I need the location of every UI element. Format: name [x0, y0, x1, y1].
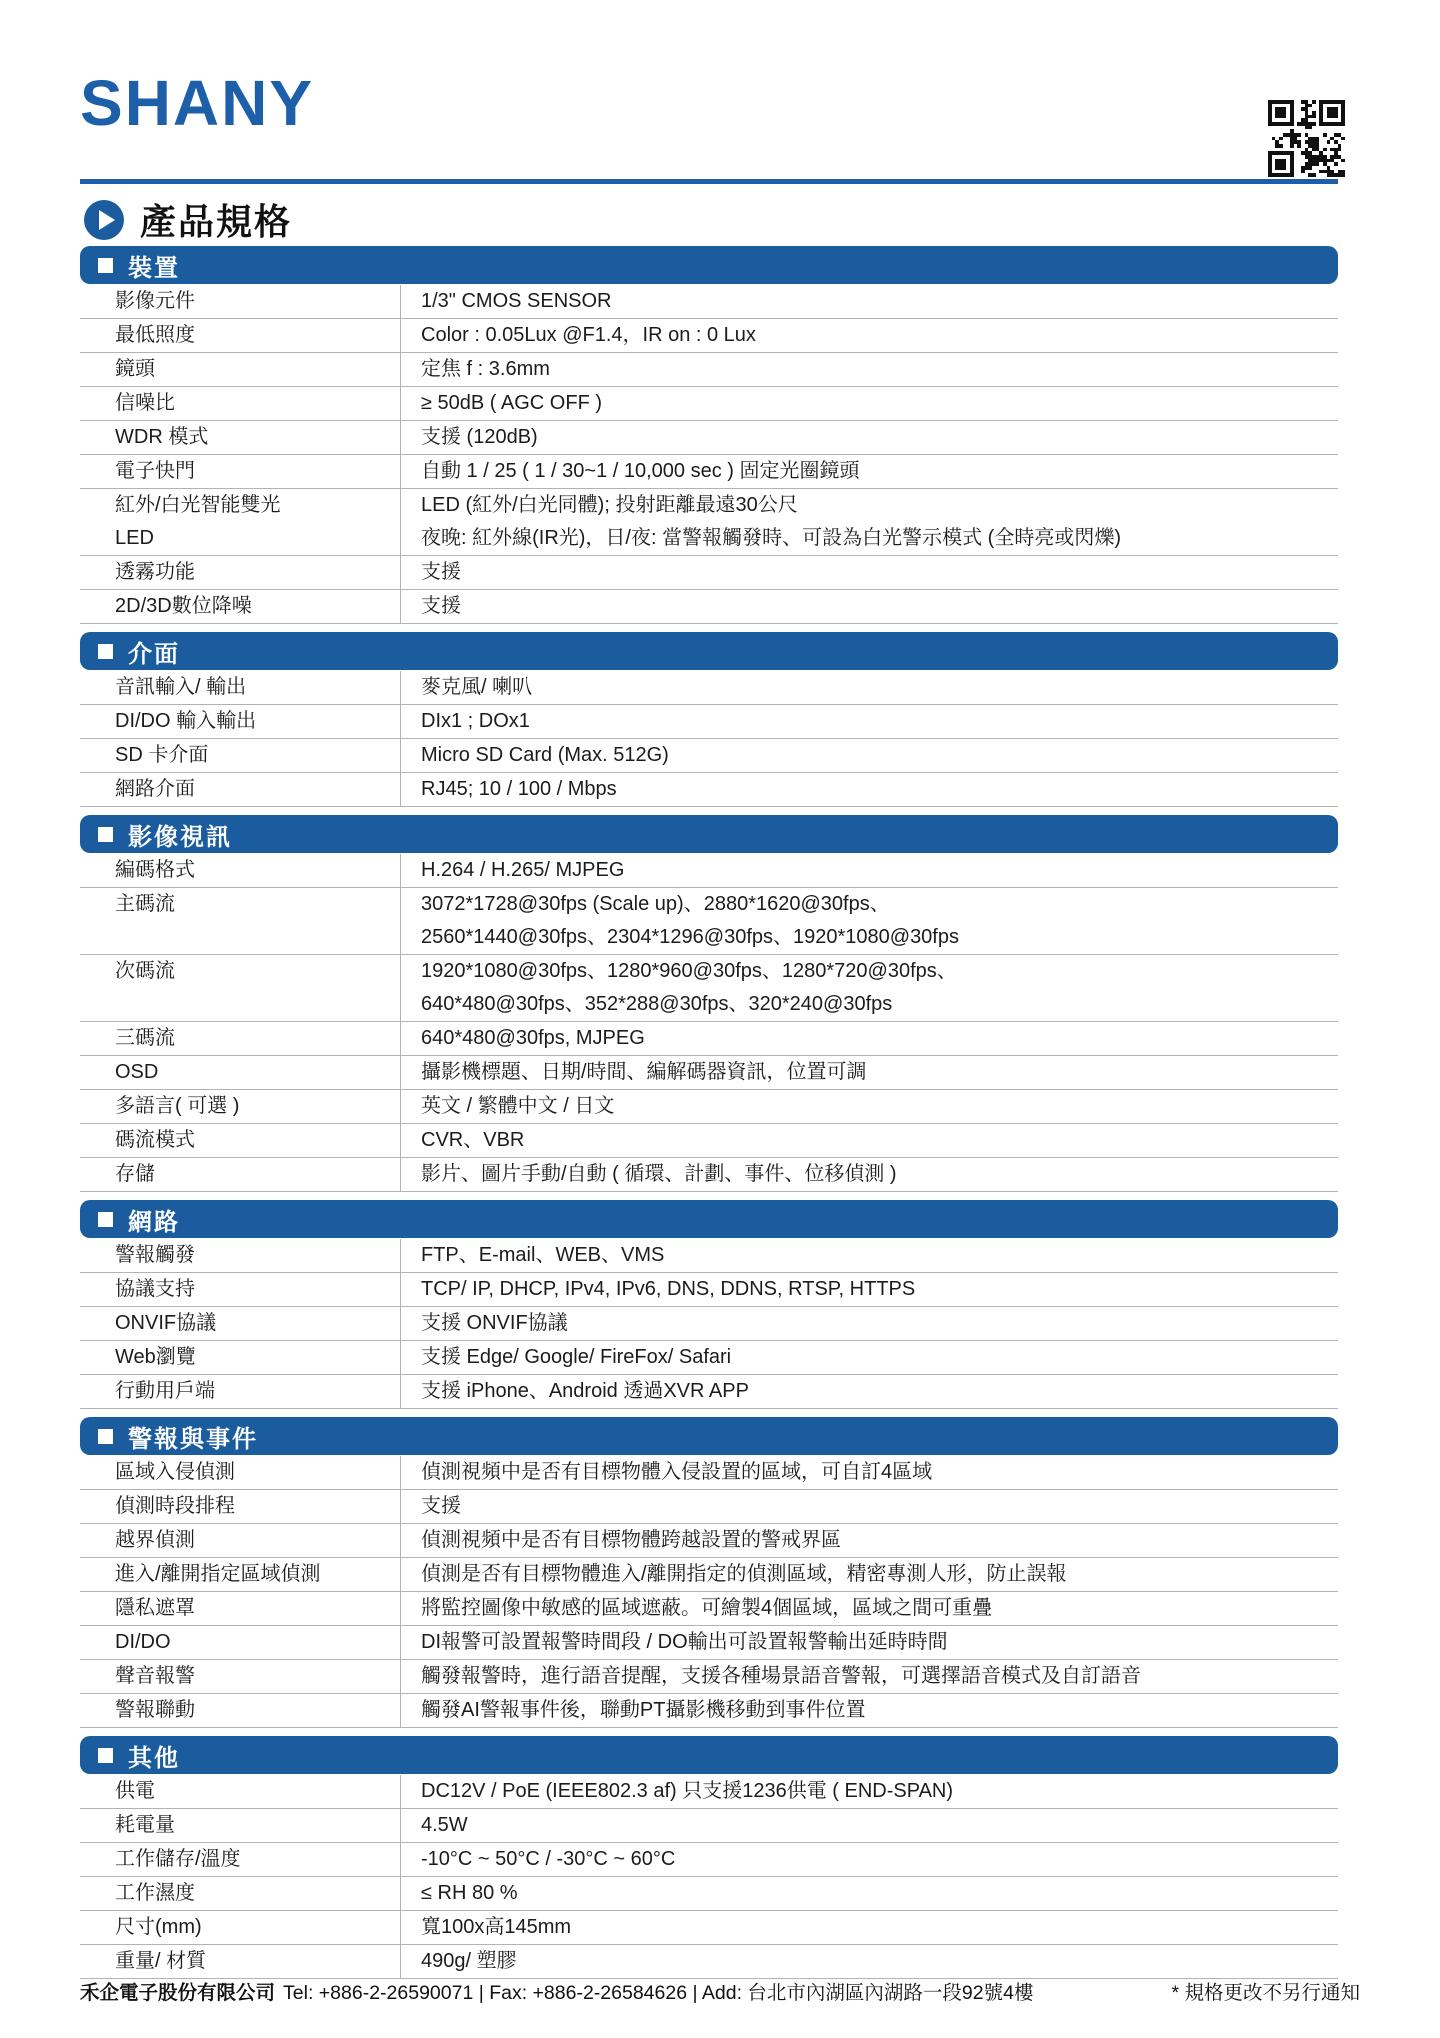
spec-row: 警報聯動觸發AI警報事件後，聯動PT攝影機移動到事件位置 [80, 1694, 1338, 1728]
spec-value: Color : 0.05Lux @F1.4，IR on : 0 Lux [400, 319, 1338, 352]
spec-label: 編碼格式 [80, 854, 400, 887]
spec-label: DI/DO [80, 1626, 400, 1659]
spec-row: 越界偵測偵測視頻中是否有目標物體跨越設置的警戒界區 [80, 1524, 1338, 1558]
spec-label-line: 越界偵測 [115, 1524, 400, 1557]
spec-label-line: 編碼格式 [115, 854, 400, 887]
section-header: 影像視訊 [80, 815, 1338, 853]
section-title: 介面 [128, 634, 180, 669]
section-title: 裝置 [128, 248, 180, 283]
spec-value: 支援 [400, 556, 1338, 589]
spec-value: 英文 / 繁體中文 / 日文 [400, 1090, 1338, 1123]
spec-value: RJ45; 10 / 100 / Mbps [400, 773, 1338, 806]
spec-value-line: 英文 / 繁體中文 / 日文 [421, 1090, 1338, 1123]
section-marker-icon [98, 258, 113, 273]
page-title: 產品規格 [140, 194, 292, 245]
spec-label-line: 碼流模式 [115, 1124, 400, 1157]
spec-label: 工作濕度 [80, 1877, 400, 1910]
spec-label-line: DI/DO [115, 1626, 400, 1659]
spec-label-line: Web瀏覽 [115, 1341, 400, 1374]
spec-value: 640*480@30fps, MJPEG [400, 1022, 1338, 1055]
spec-value-line: 4.5W [421, 1809, 1338, 1842]
spec-label: 多語言( 可選 ) [80, 1090, 400, 1123]
spec-value-line: 3072*1728@30fps (Scale up)、2880*1620@30f… [421, 888, 1338, 921]
spec-label-line: 聲音報警 [115, 1660, 400, 1693]
spec-row: ONVIF協議支援 ONVIF協議 [80, 1307, 1338, 1341]
spec-label-line: 鏡頭 [115, 353, 400, 386]
spec-row: 影像元件1/3" CMOS SENSOR [80, 285, 1338, 319]
spec-row: 編碼格式H.264 / H.265/ MJPEG [80, 854, 1338, 888]
spec-label-line: 主碼流 [115, 888, 400, 921]
spec-label: 電子快門 [80, 455, 400, 488]
spec-label: DI/DO 輸入輸出 [80, 705, 400, 738]
spec-label-line: 耗電量 [115, 1809, 400, 1842]
spec-value-line: 觸發AI警報事件後，聯動PT攝影機移動到事件位置 [421, 1694, 1338, 1727]
spec-value-line: 攝影機標題、日期/時間、編解碼器資訊，位置可調 [421, 1056, 1338, 1089]
spec-section: 網路警報觸發FTP、E-mail、WEB、VMS協議支持TCP/ IP, DHC… [80, 1200, 1338, 1409]
spec-value-line: TCP/ IP, DHCP, IPv4, IPv6, DNS, DDNS, RT… [421, 1273, 1338, 1306]
spec-label-line: 尺寸(mm) [115, 1911, 400, 1944]
spec-label-line: 隱私遮罩 [115, 1592, 400, 1625]
spec-table: 裝置影像元件1/3" CMOS SENSOR最低照度Color : 0.05Lu… [80, 246, 1338, 1987]
spec-label: OSD [80, 1056, 400, 1089]
spec-row: SD 卡介面Micro SD Card (Max. 512G) [80, 739, 1338, 773]
spec-value: 偵測視頻中是否有目標物體跨越設置的警戒界區 [400, 1524, 1338, 1557]
spec-label-line: LED [115, 522, 400, 555]
section-title: 其他 [128, 1738, 180, 1773]
spec-label: 耗電量 [80, 1809, 400, 1842]
spec-value-line: DI報警可設置報警時間段 / DO輸出可設置報警輸出延時時間 [421, 1626, 1338, 1659]
spec-row: 協議支持TCP/ IP, DHCP, IPv4, IPv6, DNS, DDNS… [80, 1273, 1338, 1307]
spec-value: 觸發AI警報事件後，聯動PT攝影機移動到事件位置 [400, 1694, 1338, 1727]
spec-value-line: LED (紅外/白光同體); 投射距離最遠30公尺 [421, 489, 1338, 522]
spec-label: 透霧功能 [80, 556, 400, 589]
spec-value-line: FTP、E-mail、WEB、VMS [421, 1239, 1338, 1272]
spec-value-line: 支援 ONVIF協議 [421, 1307, 1338, 1340]
spec-row: OSD攝影機標題、日期/時間、編解碼器資訊，位置可調 [80, 1056, 1338, 1090]
spec-value: 影片、圖片手動/自動 ( 循環、計劃、事件、位移偵測 ) [400, 1158, 1338, 1191]
spec-label: 主碼流 [80, 888, 400, 954]
spec-value-line: DIx1 ; DOx1 [421, 705, 1338, 738]
spec-label: 影像元件 [80, 285, 400, 318]
section-title: 影像視訊 [128, 817, 232, 852]
spec-value-line: CVR、VBR [421, 1124, 1338, 1157]
spec-label-line: 信噪比 [115, 387, 400, 420]
spec-label: 存儲 [80, 1158, 400, 1191]
section-marker-icon [98, 1748, 113, 1763]
spec-label-line: 三碼流 [115, 1022, 400, 1055]
spec-section: 影像視訊編碼格式H.264 / H.265/ MJPEG主碼流3072*1728… [80, 815, 1338, 1192]
spec-value-line: 偵測是否有目標物體進入/離開指定的偵測區域，精密專測人形，防止誤報 [421, 1558, 1338, 1591]
spec-sheet-page: SHANY 產品規格 裝置影像元件1/3" CMOS SENSOR最低照度Col… [0, 0, 1440, 2038]
spec-label: 碼流模式 [80, 1124, 400, 1157]
spec-label-line: 2D/3D數位降噪 [115, 590, 400, 623]
spec-value: FTP、E-mail、WEB、VMS [400, 1239, 1338, 1272]
section-header: 裝置 [80, 246, 1338, 284]
spec-section: 其他供電DC12V / PoE (IEEE802.3 af) 只支援1236供電… [80, 1736, 1338, 1979]
spec-label-line: SD 卡介面 [115, 739, 400, 772]
spec-label-line: 進入/離開指定區域偵測 [115, 1558, 400, 1591]
spec-value-line: 640*480@30fps, MJPEG [421, 1022, 1338, 1055]
footer-note: * 規格更改不另行通知 [1171, 1977, 1360, 2005]
spec-row: 網路介面RJ45; 10 / 100 / Mbps [80, 773, 1338, 807]
spec-label: 尺寸(mm) [80, 1911, 400, 1944]
spec-value: 攝影機標題、日期/時間、編解碼器資訊，位置可調 [400, 1056, 1338, 1089]
section-marker-icon [98, 1212, 113, 1227]
spec-row: 耗電量4.5W [80, 1809, 1338, 1843]
spec-value-line: 定焦 f : 3.6mm [421, 353, 1338, 386]
spec-label-line: 存儲 [115, 1158, 400, 1191]
spec-label: 供電 [80, 1775, 400, 1808]
spec-label-line: 次碼流 [115, 955, 400, 988]
spec-value-line: 自動 1 / 25 ( 1 / 30~1 / 10,000 sec ) 固定光圈… [421, 455, 1338, 488]
spec-label: 協議支持 [80, 1273, 400, 1306]
spec-row: 進入/離開指定區域偵測偵測是否有目標物體進入/離開指定的偵測區域，精密專測人形，… [80, 1558, 1338, 1592]
spec-row: 次碼流1920*1080@30fps、1280*960@30fps、1280*7… [80, 955, 1338, 1022]
spec-label-line: 行動用戶端 [115, 1375, 400, 1408]
spec-label-line: 工作濕度 [115, 1877, 400, 1910]
spec-row: 供電DC12V / PoE (IEEE802.3 af) 只支援1236供電 (… [80, 1775, 1338, 1809]
spec-label: 最低照度 [80, 319, 400, 352]
spec-label: 區域入侵偵測 [80, 1456, 400, 1489]
spec-row: 三碼流640*480@30fps, MJPEG [80, 1022, 1338, 1056]
spec-label-line: 最低照度 [115, 319, 400, 352]
spec-label-line: 警報聯動 [115, 1694, 400, 1727]
spec-value-line: 1/3" CMOS SENSOR [421, 285, 1338, 318]
spec-label: WDR 模式 [80, 421, 400, 454]
qr-code [1268, 100, 1345, 177]
company-contact: Tel: +886-2-26590071 | Fax: +886-2-26584… [283, 1977, 1033, 2005]
spec-label-line: DI/DO 輸入輸出 [115, 705, 400, 738]
spec-label-line: 工作儲存/溫度 [115, 1843, 400, 1876]
spec-value-line: 支援 (120dB) [421, 421, 1338, 454]
spec-value-line: DC12V / PoE (IEEE802.3 af) 只支援1236供電 ( E… [421, 1775, 1338, 1808]
section-header: 其他 [80, 1736, 1338, 1774]
page-title-row: 產品規格 [84, 194, 292, 245]
spec-row: 最低照度Color : 0.05Lux @F1.4，IR on : 0 Lux [80, 319, 1338, 353]
spec-value: 寬100x高145mm [400, 1911, 1338, 1944]
spec-value: 定焦 f : 3.6mm [400, 353, 1338, 386]
spec-section: 裝置影像元件1/3" CMOS SENSOR最低照度Color : 0.05Lu… [80, 246, 1338, 624]
play-icon [84, 200, 124, 240]
spec-row: 重量/ 材質490g/ 塑膠 [80, 1945, 1338, 1979]
spec-label: 工作儲存/溫度 [80, 1843, 400, 1876]
spec-row: 主碼流3072*1728@30fps (Scale up)、2880*1620@… [80, 888, 1338, 955]
spec-label: 信噪比 [80, 387, 400, 420]
spec-value-line: 寬100x高145mm [421, 1911, 1338, 1944]
spec-value-line: -10°C ~ 50°C / -30°C ~ 60°C [421, 1843, 1338, 1876]
spec-value: DIx1 ; DOx1 [400, 705, 1338, 738]
spec-label-line: 網路介面 [115, 773, 400, 806]
spec-label-line: 音訊輸入/ 輸出 [115, 671, 400, 704]
spec-value-line: 支援 [421, 1490, 1338, 1523]
spec-value: TCP/ IP, DHCP, IPv4, IPv6, DNS, DDNS, RT… [400, 1273, 1338, 1306]
spec-value-line: 支援 Edge/ Google/ FireFox/ Safari [421, 1341, 1338, 1374]
spec-row: 鏡頭定焦 f : 3.6mm [80, 353, 1338, 387]
spec-value-line: 麥克風/ 喇叭 [421, 671, 1338, 704]
spec-value: 3072*1728@30fps (Scale up)、2880*1620@30f… [400, 888, 1338, 954]
section-header: 介面 [80, 632, 1338, 670]
spec-label: 偵測時段排程 [80, 1490, 400, 1523]
spec-value: -10°C ~ 50°C / -30°C ~ 60°C [400, 1843, 1338, 1876]
spec-value: 支援 (120dB) [400, 421, 1338, 454]
spec-value-line: 1920*1080@30fps、1280*960@30fps、1280*720@… [421, 955, 1338, 988]
spec-label: 紅外/白光智能雙光LED [80, 489, 400, 555]
spec-label: 警報觸發 [80, 1239, 400, 1272]
spec-label: 重量/ 材質 [80, 1945, 400, 1978]
spec-label: 行動用戶端 [80, 1375, 400, 1408]
spec-label: 次碼流 [80, 955, 400, 1021]
spec-label-line: 透霧功能 [115, 556, 400, 589]
spec-label-line: 紅外/白光智能雙光 [115, 489, 400, 522]
spec-label-line: OSD [115, 1056, 400, 1089]
spec-row: 聲音報警觸發報警時，進行語音提醒，支援各種場景語音警報，可選擇語音模式及自訂語音 [80, 1660, 1338, 1694]
spec-row: 尺寸(mm)寬100x高145mm [80, 1911, 1338, 1945]
spec-row: 工作濕度≤ RH 80 % [80, 1877, 1338, 1911]
spec-label: 隱私遮罩 [80, 1592, 400, 1625]
spec-row: 警報觸發FTP、E-mail、WEB、VMS [80, 1239, 1338, 1273]
spec-row: 碼流模式CVR、VBR [80, 1124, 1338, 1158]
spec-label: 警報聯動 [80, 1694, 400, 1727]
spec-label: 三碼流 [80, 1022, 400, 1055]
spec-label: ONVIF協議 [80, 1307, 400, 1340]
spec-value: Micro SD Card (Max. 512G) [400, 739, 1338, 772]
spec-value-line: 2560*1440@30fps、2304*1296@30fps、1920*108… [421, 921, 1338, 954]
spec-value-line: 支援 [421, 556, 1338, 589]
spec-value-line: 將監控圖像中敏感的區域遮蔽。可繪製4個區域，區域之間可重疊 [421, 1592, 1338, 1625]
spec-value-line: RJ45; 10 / 100 / Mbps [421, 773, 1338, 806]
spec-value: 1/3" CMOS SENSOR [400, 285, 1338, 318]
spec-label: Web瀏覽 [80, 1341, 400, 1374]
spec-row: DI/DO 輸入輸出DIx1 ; DOx1 [80, 705, 1338, 739]
spec-label-line: 電子快門 [115, 455, 400, 488]
spec-value: 490g/ 塑膠 [400, 1945, 1338, 1978]
spec-label-line: ONVIF協議 [115, 1307, 400, 1340]
spec-value: ≥ 50dB ( AGC OFF ) [400, 387, 1338, 420]
spec-row: 隱私遮罩將監控圖像中敏感的區域遮蔽。可繪製4個區域，區域之間可重疊 [80, 1592, 1338, 1626]
spec-label-line: 多語言( 可選 ) [115, 1090, 400, 1123]
header-divider [80, 179, 1338, 184]
spec-value: ≤ RH 80 % [400, 1877, 1338, 1910]
spec-label-line: 協議支持 [115, 1273, 400, 1306]
section-title: 警報與事件 [128, 1419, 258, 1454]
spec-label-line: 偵測時段排程 [115, 1490, 400, 1523]
spec-row: 紅外/白光智能雙光LEDLED (紅外/白光同體); 投射距離最遠30公尺夜晚:… [80, 489, 1338, 556]
section-marker-icon [98, 644, 113, 659]
brand-logo: SHANY [80, 66, 314, 140]
spec-row: 區域入侵偵測偵測視頻中是否有目標物體入侵設置的區域，可自訂4區域 [80, 1456, 1338, 1490]
spec-label: 進入/離開指定區域偵測 [80, 1558, 400, 1591]
spec-row: 存儲影片、圖片手動/自動 ( 循環、計劃、事件、位移偵測 ) [80, 1158, 1338, 1192]
spec-value: 支援 iPhone、Android 透過XVR APP [400, 1375, 1338, 1408]
spec-value-line: Color : 0.05Lux @F1.4，IR on : 0 Lux [421, 319, 1338, 352]
company-name: 禾企電子股份有限公司 [80, 1977, 275, 2005]
spec-value-line: 夜晚: 紅外線(IR光)，日/夜: 當警報觸發時、可設為白光警示模式 (全時亮或… [421, 522, 1338, 555]
spec-label-line: 影像元件 [115, 285, 400, 318]
spec-value-line: Micro SD Card (Max. 512G) [421, 739, 1338, 772]
spec-value: LED (紅外/白光同體); 投射距離最遠30公尺夜晚: 紅外線(IR光)，日/… [400, 489, 1338, 555]
spec-row: 透霧功能支援 [80, 556, 1338, 590]
spec-label: 網路介面 [80, 773, 400, 806]
section-marker-icon [98, 1429, 113, 1444]
spec-row: WDR 模式支援 (120dB) [80, 421, 1338, 455]
spec-value: DC12V / PoE (IEEE802.3 af) 只支援1236供電 ( E… [400, 1775, 1338, 1808]
section-header: 警報與事件 [80, 1417, 1338, 1455]
spec-value-line: 影片、圖片手動/自動 ( 循環、計劃、事件、位移偵測 ) [421, 1158, 1338, 1191]
spec-value-line: ≥ 50dB ( AGC OFF ) [421, 387, 1338, 420]
spec-value-line: 觸發報警時，進行語音提醒，支援各種場景語音警報，可選擇語音模式及自訂語音 [421, 1660, 1338, 1693]
spec-row: 工作儲存/溫度-10°C ~ 50°C / -30°C ~ 60°C [80, 1843, 1338, 1877]
spec-row: 偵測時段排程支援 [80, 1490, 1338, 1524]
footer: 禾企電子股份有限公司 Tel: +886-2-26590071 | Fax: +… [80, 1977, 1360, 2005]
spec-value: 支援 ONVIF協議 [400, 1307, 1338, 1340]
spec-label: SD 卡介面 [80, 739, 400, 772]
spec-row: 行動用戶端支援 iPhone、Android 透過XVR APP [80, 1375, 1338, 1409]
spec-value: 觸發報警時，進行語音提醒，支援各種場景語音警報，可選擇語音模式及自訂語音 [400, 1660, 1338, 1693]
spec-label-line: 重量/ 材質 [115, 1945, 400, 1978]
spec-value: 支援 [400, 590, 1338, 623]
spec-label: 2D/3D數位降噪 [80, 590, 400, 623]
spec-label-line: 區域入侵偵測 [115, 1456, 400, 1489]
spec-value: 4.5W [400, 1809, 1338, 1842]
spec-label: 鏡頭 [80, 353, 400, 386]
spec-value-line: 偵測視頻中是否有目標物體入侵設置的區域，可自訂4區域 [421, 1456, 1338, 1489]
spec-value-line: 偵測視頻中是否有目標物體跨越設置的警戒界區 [421, 1524, 1338, 1557]
spec-value-line: 640*480@30fps、352*288@30fps、320*240@30fp… [421, 988, 1338, 1021]
spec-value: 偵測是否有目標物體進入/離開指定的偵測區域，精密專測人形，防止誤報 [400, 1558, 1338, 1591]
spec-label-line: 供電 [115, 1775, 400, 1808]
spec-row: 2D/3D數位降噪支援 [80, 590, 1338, 624]
spec-row: DI/DODI報警可設置報警時間段 / DO輸出可設置報警輸出延時時間 [80, 1626, 1338, 1660]
spec-label: 越界偵測 [80, 1524, 400, 1557]
spec-row: 信噪比≥ 50dB ( AGC OFF ) [80, 387, 1338, 421]
section-title: 網路 [128, 1202, 180, 1237]
spec-section: 警報與事件區域入侵偵測偵測視頻中是否有目標物體入侵設置的區域，可自訂4區域偵測時… [80, 1417, 1338, 1728]
spec-value: 1920*1080@30fps、1280*960@30fps、1280*720@… [400, 955, 1338, 1021]
spec-value-line: ≤ RH 80 % [421, 1877, 1338, 1910]
spec-value-line: H.264 / H.265/ MJPEG [421, 854, 1338, 887]
spec-value-line: 支援 iPhone、Android 透過XVR APP [421, 1375, 1338, 1408]
spec-value: 支援 [400, 1490, 1338, 1523]
spec-row: Web瀏覽支援 Edge/ Google/ FireFox/ Safari [80, 1341, 1338, 1375]
spec-row: 電子快門自動 1 / 25 ( 1 / 30~1 / 10,000 sec ) … [80, 455, 1338, 489]
spec-value-line: 支援 [421, 590, 1338, 623]
spec-value-line: 490g/ 塑膠 [421, 1945, 1338, 1978]
spec-label: 音訊輸入/ 輸出 [80, 671, 400, 704]
spec-value: 支援 Edge/ Google/ FireFox/ Safari [400, 1341, 1338, 1374]
spec-section: 介面音訊輸入/ 輸出麥克風/ 喇叭DI/DO 輸入輸出DIx1 ; DOx1SD… [80, 632, 1338, 807]
spec-value: 自動 1 / 25 ( 1 / 30~1 / 10,000 sec ) 固定光圈… [400, 455, 1338, 488]
spec-label-line: WDR 模式 [115, 421, 400, 454]
spec-value: 將監控圖像中敏感的區域遮蔽。可繪製4個區域，區域之間可重疊 [400, 1592, 1338, 1625]
spec-row: 音訊輸入/ 輸出麥克風/ 喇叭 [80, 671, 1338, 705]
spec-value: DI報警可設置報警時間段 / DO輸出可設置報警輸出延時時間 [400, 1626, 1338, 1659]
footer-contact-block: 禾企電子股份有限公司 Tel: +886-2-26590071 | Fax: +… [80, 1977, 1033, 2005]
spec-value: 偵測視頻中是否有目標物體入侵設置的區域，可自訂4區域 [400, 1456, 1338, 1489]
spec-label: 聲音報警 [80, 1660, 400, 1693]
section-header: 網路 [80, 1200, 1338, 1238]
spec-value: H.264 / H.265/ MJPEG [400, 854, 1338, 887]
spec-row: 多語言( 可選 )英文 / 繁體中文 / 日文 [80, 1090, 1338, 1124]
section-marker-icon [98, 827, 113, 842]
spec-label-line: 警報觸發 [115, 1239, 400, 1272]
spec-value: 麥克風/ 喇叭 [400, 671, 1338, 704]
spec-value: CVR、VBR [400, 1124, 1338, 1157]
